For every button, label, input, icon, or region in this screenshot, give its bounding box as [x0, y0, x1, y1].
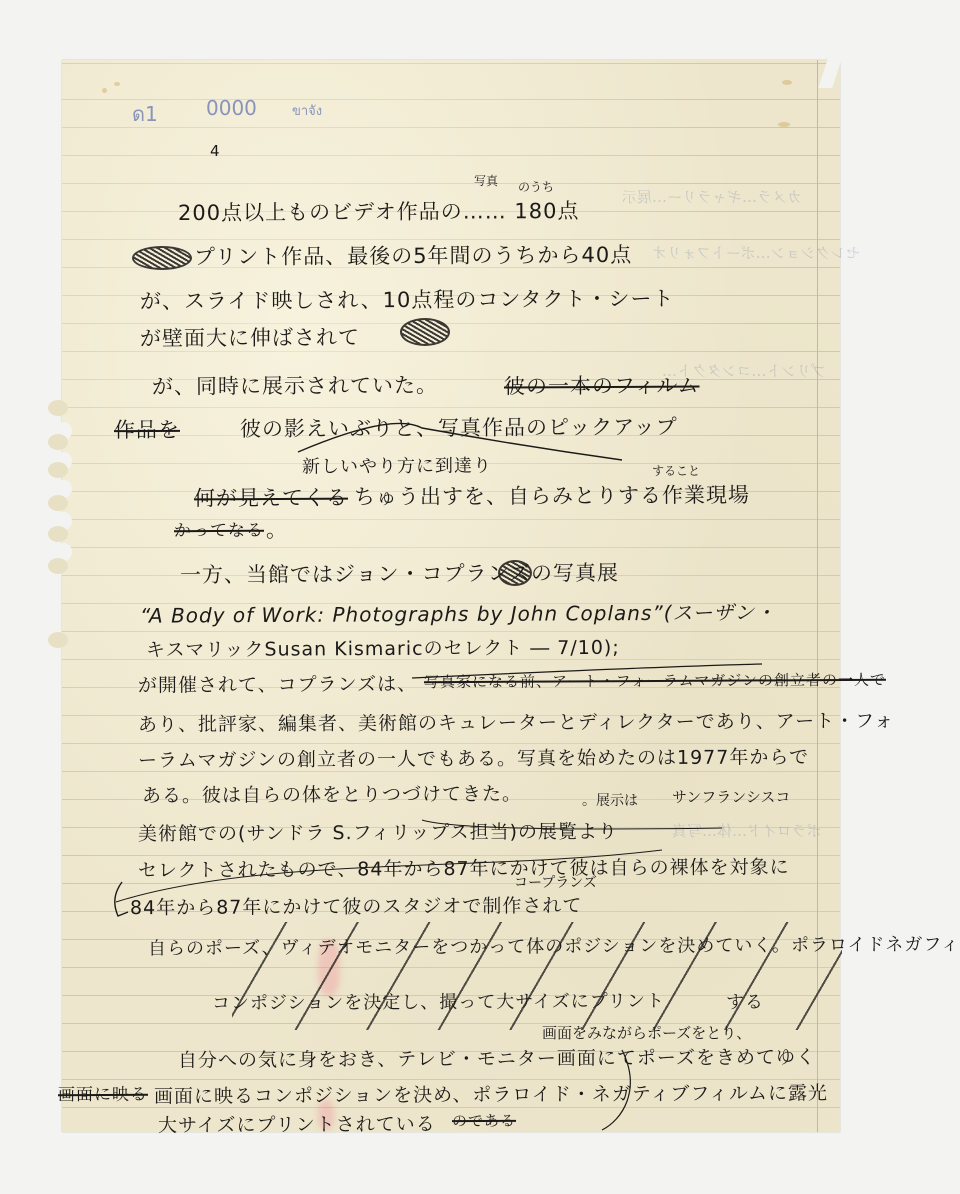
struck-text: 作品を [114, 414, 180, 444]
manuscript-line: 。 [266, 514, 288, 544]
struck-text: 写真家になる前、アート・フォーラムマガジンの創立者の一人で [424, 669, 886, 692]
bleed-through-text: カメラ…ギャラリー…展示 [622, 186, 802, 207]
struck-text: 何が見えてくる [194, 482, 348, 513]
pencil-mark: 0000 [206, 96, 257, 120]
manuscript-line: 彼の影えいぶりと、写真作品のピックアップ [240, 411, 678, 443]
blue-annotation: 。展示は [582, 790, 638, 810]
struck-text: かってなる [174, 516, 264, 541]
manuscript-line: 画面に映るコンポジションを決め、ポラロイド・ネガティブフィルムに露光 [154, 1078, 828, 1109]
bleed-through-text: セレクション…ポートフォリオ [652, 242, 860, 263]
tear-fragment [48, 632, 68, 648]
manuscript-page: カメラ…ギャラリー…展示 セレクション…ポートフォリオ プリント…コンタクト… … [62, 60, 840, 1132]
manuscript-line: “A Body of Work: Photographs by John Cop… [140, 596, 776, 628]
manuscript-line: キスマリックSusan Kismaricのセレクト ― 7/10); [146, 633, 620, 662]
manuscript-line: ちゅう出すを、自らみとりする作業現場 [354, 479, 750, 511]
page-number: 4 [210, 142, 220, 160]
manuscript-line-hatched: 自らのポーズ、ヴィデオモニターをつかって体のポジションを決めていく。ポラロイドネ… [148, 930, 960, 961]
bleed-through-text: ポラロイド…体…写真 [672, 820, 822, 841]
manuscript-line: が、同時に展示されていた。 [152, 369, 438, 400]
tear-fragment [48, 495, 68, 511]
manuscript-line-hatched: コンポジションを決定し、撮って大サイズにプリント [212, 987, 665, 1015]
tear-fragment [48, 400, 68, 416]
manuscript-line: が開催されて、コプランズは、 [138, 669, 417, 697]
manuscript-line: あり、批評家、編集者、美術館のキュレーターとディレクターであり、アート・フォ [138, 706, 894, 737]
tear-fragment [48, 462, 68, 478]
manuscript-line-inserted: 新しいやり方に到達り [302, 452, 492, 479]
manuscript-line: 84年から87年にかけて彼のスタジオで制作されて [130, 891, 582, 920]
struck-text: のである [452, 1110, 516, 1131]
annotation: 写真 [474, 172, 498, 189]
annotation: 画面をみながらポーズをとり、 [542, 1022, 751, 1043]
pencil-mark: ด1 [132, 98, 158, 130]
manuscript-line: 200点以上ものビデオ作品の…… 180点 [178, 195, 580, 227]
manuscript-line: ある。彼は自らの体をとりつづけてきた。 [142, 779, 522, 808]
tear-fragment [48, 434, 68, 450]
manuscript-line: が壁面大に伸ばされて [140, 321, 360, 352]
manuscript-line: プリント作品、最後の5年間のうちから40点 [194, 239, 632, 271]
tear-fragment [48, 558, 68, 574]
scribble-out [400, 318, 450, 346]
annotation: コープランズ [514, 872, 597, 892]
margin-line [817, 60, 818, 1132]
manuscript-line: 大サイズにプリントされている [158, 1109, 436, 1137]
manuscript-line: 自分への気に身をおき、テレビ・モニター画面にてポーズをきめてゆく [178, 1042, 816, 1072]
annotation: すること [652, 462, 700, 479]
struck-text: 画面に映る [58, 1080, 148, 1105]
stain [114, 82, 120, 86]
manuscript-line: 一方、当館ではジョン・コプランズの写真展 [180, 557, 619, 589]
manuscript-line: が、スライド映しされ、10点程のコンタクト・シート [140, 283, 675, 316]
scribble-out [498, 560, 532, 586]
stain [782, 80, 792, 85]
annotation: のうち [518, 178, 554, 195]
scribble-out [132, 246, 192, 270]
stain [102, 88, 107, 93]
manuscript-line: ーラムマガジンの創立者の一人でもある。写真を始めたのは1977年からで [138, 742, 809, 773]
tear-fragment [48, 526, 68, 542]
manuscript-line: 美術館での(サンドラ S.フィリップス担当)の展覧より [138, 817, 618, 847]
stain [778, 122, 790, 127]
pencil-mark: ขาจัง [292, 100, 322, 121]
annotation: サンフランシスコ [672, 786, 790, 807]
manuscript-line: する [726, 988, 764, 1014]
struck-text: 彼の一本のフィルム [504, 369, 700, 400]
manuscript-line: セレクトされたもので、84年から87年にかけて彼は自らの裸体を対象に [138, 852, 790, 882]
